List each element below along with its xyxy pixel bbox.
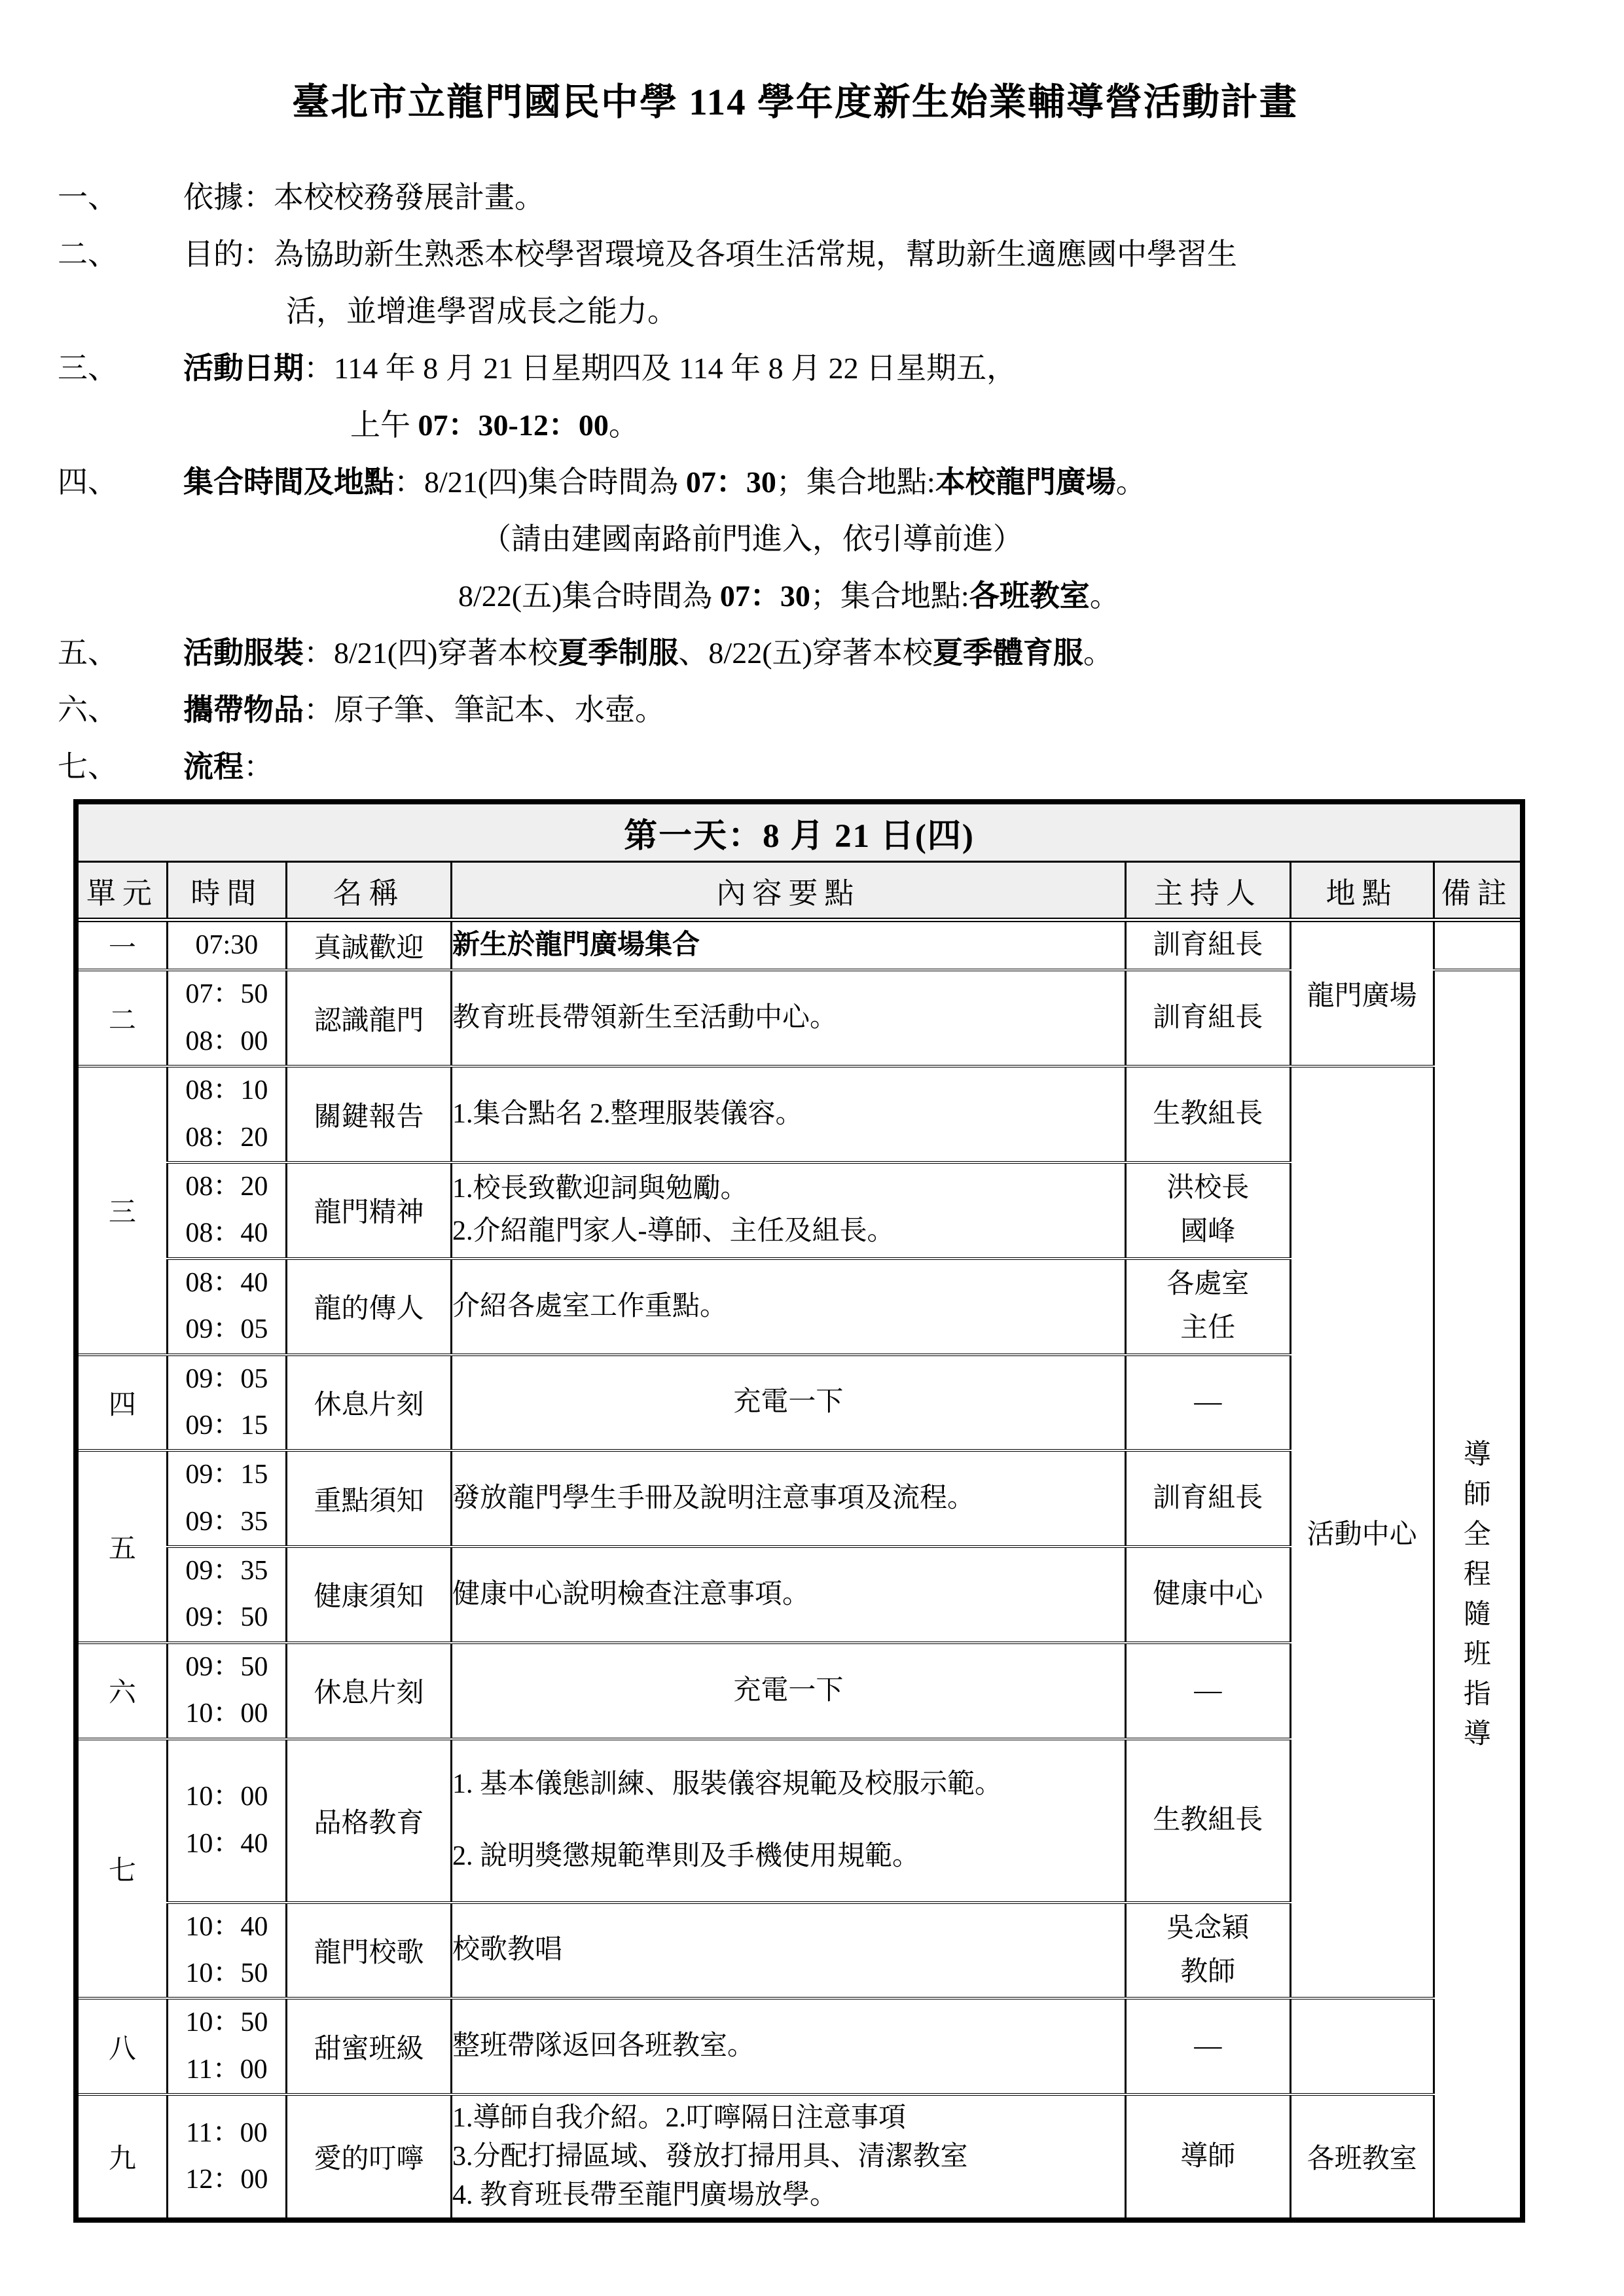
intro-item: 五、活動服裝：8/21(四)穿著本校夏季制服、8/22(五)穿著本校夏季體育服。: [58, 624, 1532, 681]
cell-place: 各班教室: [1290, 2094, 1434, 2220]
cell-host: 訓育組長: [1125, 920, 1290, 971]
intro-item-number: 五、: [58, 624, 183, 681]
cell-time: 11：0012：00: [167, 2094, 286, 2220]
cell-host: —: [1125, 1643, 1290, 1739]
intro-bold-segment: 活動服裝: [183, 636, 304, 670]
cell-name: 愛的叮嚀: [287, 2094, 452, 2220]
intro-bold-segment: 流程: [183, 750, 244, 783]
intro-item-number: 三、: [58, 340, 183, 454]
intro-text-segment: 8/22(五)集合時間為: [458, 579, 720, 613]
cell-place: 活動中心: [1290, 1066, 1434, 1998]
cell-name: 甜蜜班級: [287, 1998, 452, 2094]
cell-host: 生教組長: [1125, 1066, 1290, 1162]
intro-item-body: 目的：為協助新生熟悉本校學習環境及各項生活常規，幫助新生適應國中學習生活，並增進…: [183, 226, 1532, 340]
remark-vertical-char: 程: [1435, 1561, 1520, 1588]
intro-text-segment: ：: [244, 750, 274, 783]
intro-item-body: 活動日期：114 年 8 月 21 日星期四及 114 年 8 月 22 日星期…: [183, 340, 1532, 454]
day-header: 第一天：8 月 21 日(四): [76, 802, 1523, 862]
intro-bold-segment: 活動日期: [183, 351, 304, 385]
cell-time: 09：5010：00: [167, 1643, 286, 1739]
cell-name: 關鍵報告: [287, 1066, 452, 1162]
cell-host: 吳念穎教師: [1125, 1903, 1290, 1999]
intro-text-segment: ：原子筆、筆記本、水壺。: [304, 693, 665, 726]
cell-time: 08：4009：05: [167, 1259, 286, 1355]
cell-time: 09：3509：50: [167, 1547, 286, 1643]
table-row: 三08：1008：20關鍵報告1.集合點名 2.整理服裝儀容。生教組長活動中心: [76, 1066, 1523, 1162]
cell-unit: 二: [76, 970, 167, 1066]
intro-text-segment: ；集合地點:: [776, 465, 935, 499]
cell-remark: 導師全程隨班指導: [1434, 970, 1523, 2220]
intro-text-segment: 目的：為協助新生熟悉本校學習環境及各項生活常規，幫助新生適應國中學習生: [183, 238, 1237, 271]
intro-bold-segment: 夏季體育服: [933, 636, 1083, 670]
cell-unit: 四: [76, 1355, 167, 1451]
intro-item: 四、集合時間及地點：8/21(四)集合時間為 07：30；集合地點:本校龍門廣場…: [58, 454, 1532, 624]
intro-bold-segment: 本校龍門廣場: [935, 465, 1116, 499]
cell-content: 1.導師自我介紹。2.叮嚀隔日注意事項3.分配打掃區域、發放打掃用具、清潔教室4…: [451, 2094, 1125, 2220]
intro-bold-segment: 07：30: [686, 465, 776, 499]
cell-host: 洪校長國峰: [1125, 1162, 1290, 1259]
cell-unit: 六: [76, 1643, 167, 1739]
cell-content: 發放龍門學生手冊及說明注意事項及流程。: [451, 1450, 1125, 1547]
cell-time: 10：5011：00: [167, 1998, 286, 2094]
cell-content: 整班帶隊返回各班教室。: [451, 1998, 1125, 2094]
cell-host: 訓育組長: [1125, 1450, 1290, 1547]
cell-name: 休息片刻: [287, 1643, 452, 1739]
intro-list: 一、依據：本校校務發展計畫。二、目的：為協助新生熟悉本校學習環境及各項生活常規，…: [58, 169, 1532, 795]
intro-text-segment: 。: [1083, 636, 1113, 670]
intro-item: 七、流程：: [58, 738, 1532, 795]
cell-unit: 一: [76, 920, 167, 971]
intro-text-segment: 依據：本校校務發展計畫。: [183, 181, 545, 214]
cell-unit: 九: [76, 2094, 167, 2220]
cell-unit: 五: [76, 1450, 167, 1643]
intro-item-line: 集合時間及地點：8/21(四)集合時間為 07：30；集合地點:本校龍門廣場。: [183, 454, 1532, 511]
intro-bold-segment: 07：30-12：00: [418, 408, 609, 442]
intro-item-body: 活動服裝：8/21(四)穿著本校夏季制服、8/22(五)穿著本校夏季體育服。: [183, 624, 1532, 681]
intro-item-line: 流程：: [183, 738, 1532, 795]
intro-text-segment: 。: [1090, 579, 1120, 613]
column-header: 單元: [76, 862, 167, 920]
intro-text-segment: ；集合地點:: [810, 579, 969, 613]
intro-item-body: 集合時間及地點：8/21(四)集合時間為 07：30；集合地點:本校龍門廣場。（…: [183, 454, 1532, 624]
column-header: 名稱: [287, 862, 452, 920]
intro-item-line: 活動服裝：8/21(四)穿著本校夏季制服、8/22(五)穿著本校夏季體育服。: [183, 624, 1532, 681]
intro-text-segment: 。: [609, 408, 639, 442]
column-header: 時間: [167, 862, 286, 920]
cell-content: 教育班長帶領新生至活動中心。: [451, 970, 1125, 1066]
intro-bold-segment: 夏季制服: [558, 636, 678, 670]
remark-vertical-char: 全: [1435, 1521, 1520, 1549]
cell-name: 重點須知: [287, 1450, 452, 1547]
intro-item-line: （請由建國南路前門進入，依引導前進）: [481, 511, 1532, 567]
intro-item-number: 二、: [58, 226, 183, 340]
intro-item-line: 上午 07：30-12：00。: [350, 397, 1532, 454]
cell-name: 龍的傳人: [287, 1259, 452, 1355]
cell-time: 08：1008：20: [167, 1066, 286, 1162]
intro-item-number: 一、: [58, 169, 183, 226]
intro-item-line: 目的：為協助新生熟悉本校學習環境及各項生活常規，幫助新生適應國中學習生: [183, 226, 1532, 283]
cell-name: 龍門精神: [287, 1162, 452, 1259]
cell-name: 認識龍門: [287, 970, 452, 1066]
cell-host: 健康中心: [1125, 1547, 1290, 1643]
intro-item-body: 流程：: [183, 738, 1532, 795]
cell-time: 09：1509：35: [167, 1450, 286, 1547]
cell-time: 10：0010：40: [167, 1739, 286, 1903]
intro-bold-segment: 07：30: [720, 579, 810, 613]
cell-name: 品格教育: [287, 1739, 452, 1903]
intro-item-line: 依據：本校校務發展計畫。: [183, 169, 1532, 226]
cell-host: 導師: [1125, 2094, 1290, 2220]
remark-vertical-char: 導: [1435, 1441, 1520, 1469]
cell-host: —: [1125, 1355, 1290, 1451]
intro-item-number: 四、: [58, 454, 183, 624]
column-header: 備註: [1434, 862, 1523, 920]
intro-text-segment: ：114 年 8 月 21 日星期四及 114 年 8 月 22 日星期五，: [304, 351, 1017, 385]
cell-time: 07:30: [167, 920, 286, 971]
intro-item: 三、活動日期：114 年 8 月 21 日星期四及 114 年 8 月 22 日…: [58, 340, 1532, 454]
intro-text-segment: 、8/22(五)穿著本校: [678, 636, 932, 670]
remark-vertical-char: 導: [1435, 1721, 1520, 1748]
cell-remark: [1434, 920, 1523, 971]
intro-bold-segment: 攜帶物品: [183, 693, 304, 726]
cell-content: 介紹各處室工作重點。: [451, 1259, 1125, 1355]
remark-vertical-char: 隨: [1435, 1601, 1520, 1628]
page-title: 臺北市立龍門國民中學 114 學年度新生始業輔導營活動計畫: [58, 72, 1532, 126]
intro-item: 二、目的：為協助新生熟悉本校學習環境及各項生活常規，幫助新生適應國中學習生活，並…: [58, 226, 1532, 340]
cell-content: 校歌教唱: [451, 1903, 1125, 1999]
day-header-row: 第一天：8 月 21 日(四): [76, 802, 1523, 862]
cell-content: 新生於龍門廣場集合: [451, 920, 1125, 971]
table-row: 一07:30真誠歡迎新生於龍門廣場集合訓育組長龍門廣場: [76, 920, 1523, 971]
schedule-table: 第一天：8 月 21 日(四) 單元時間名稱內容要點主持人地點備註 一07:30…: [73, 799, 1525, 2223]
intro-item-line: 活，並增進學習成長之能力。: [286, 283, 1532, 340]
intro-item-line: 攜帶物品：原子筆、筆記本、水壺。: [183, 681, 1532, 738]
cell-time: 10：4010：50: [167, 1903, 286, 1999]
cell-content: 1.集合點名 2.整理服裝儀容。: [451, 1066, 1125, 1162]
cell-content: 1. 基本儀態訓練、服裝儀容規範及校服示範。2. 說明獎懲規範準則及手機使用規範…: [451, 1739, 1125, 1903]
intro-text-segment: ：8/21(四)集合時間為: [394, 465, 686, 499]
column-header: 主持人: [1125, 862, 1290, 920]
intro-bold-segment: 各班教室: [969, 579, 1090, 613]
intro-text-segment: 活，並增進學習成長之能力。: [286, 295, 677, 328]
cell-place: [1290, 1998, 1434, 2094]
cell-unit: 八: [76, 1998, 167, 2094]
cell-name: 龍門校歌: [287, 1903, 452, 1999]
intro-item-number: 六、: [58, 681, 183, 738]
intro-item-body: 依據：本校校務發展計畫。: [183, 169, 1532, 226]
column-header: 內容要點: [451, 862, 1125, 920]
cell-content: 健康中心說明檢查注意事項。: [451, 1547, 1125, 1643]
cell-name: 真誠歡迎: [287, 920, 452, 971]
intro-item: 一、依據：本校校務發展計畫。: [58, 169, 1532, 226]
intro-text-segment: 。: [1116, 465, 1146, 499]
document-page: 臺北市立龍門國民中學 114 學年度新生始業輔導營活動計畫 一、依據：本校校務發…: [0, 0, 1624, 2223]
cell-time: 07：5008：00: [167, 970, 286, 1066]
table-row: 八10：5011：00甜蜜班級整班帶隊返回各班教室。—: [76, 1998, 1523, 2094]
cell-unit: 七: [76, 1739, 167, 1999]
cell-time: 09：0509：15: [167, 1355, 286, 1451]
table-row: 九11：0012：00愛的叮嚀1.導師自我介紹。2.叮嚀隔日注意事項3.分配打掃…: [76, 2094, 1523, 2220]
intro-item-number: 七、: [58, 738, 183, 795]
cell-place: 龍門廣場: [1290, 920, 1434, 1067]
cell-host: 各處室主任: [1125, 1259, 1290, 1355]
remark-vertical-char: 班: [1435, 1641, 1520, 1668]
column-header-row: 單元時間名稱內容要點主持人地點備註: [76, 862, 1523, 920]
remark-vertical-char: 師: [1435, 1481, 1520, 1509]
cell-name: 健康須知: [287, 1547, 452, 1643]
intro-text-segment: （請由建國南路前門進入，依引導前進）: [481, 522, 1023, 556]
cell-content: 充電一下: [451, 1355, 1125, 1451]
cell-content: 1.校長致歡迎詞與勉勵。2.介紹龍門家人-導師、主任及組長。: [451, 1162, 1125, 1259]
cell-time: 08：2008：40: [167, 1162, 286, 1259]
intro-bold-segment: 集合時間及地點: [183, 465, 394, 499]
intro-text-segment: 上午: [350, 408, 418, 442]
cell-content: 充電一下: [451, 1643, 1125, 1739]
cell-host: —: [1125, 1998, 1290, 2094]
intro-text-segment: ：8/21(四)穿著本校: [304, 636, 558, 670]
intro-item-line: 活動日期：114 年 8 月 21 日星期四及 114 年 8 月 22 日星期…: [183, 340, 1532, 397]
cell-host: 訓育組長: [1125, 970, 1290, 1066]
cell-name: 休息片刻: [287, 1355, 452, 1451]
cell-host: 生教組長: [1125, 1739, 1290, 1903]
intro-item: 六、攜帶物品：原子筆、筆記本、水壺。: [58, 681, 1532, 738]
column-header: 地點: [1290, 862, 1434, 920]
intro-item-line: 8/22(五)集合時間為 07：30；集合地點:各班教室。: [458, 567, 1532, 624]
cell-unit: 三: [76, 1066, 167, 1354]
remark-vertical-char: 指: [1435, 1681, 1520, 1708]
schedule-body: 一07:30真誠歡迎新生於龍門廣場集合訓育組長龍門廣場二07：5008：00認識…: [76, 920, 1523, 2221]
intro-item-body: 攜帶物品：原子筆、筆記本、水壺。: [183, 681, 1532, 738]
